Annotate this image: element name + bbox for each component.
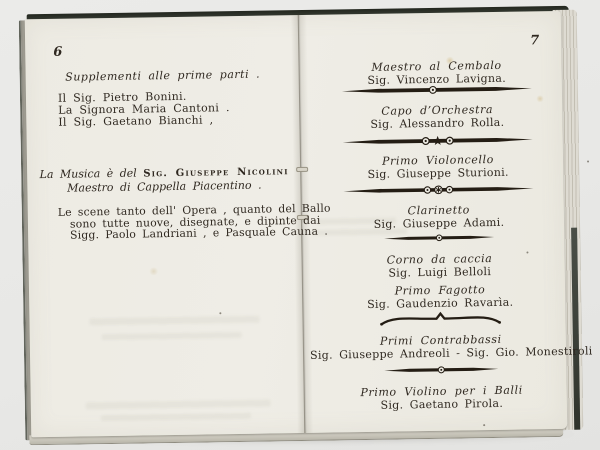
left-page-title: Supplementi alle prime parti . (34, 67, 292, 84)
right-page-number: 7 (530, 33, 539, 48)
scenes-note: Le scene tanto dell' Opera , quanto del … (58, 203, 331, 242)
ink-speck (483, 424, 485, 426)
performer-name: Sig. Giuseppe Andreoli - Sig. Gio. Mones… (310, 345, 572, 362)
tapered-rule-star-ornament (307, 132, 569, 150)
cast-line: Il Sig. Gaetano Bianchi , (58, 114, 230, 129)
performer-name: Sig. Giuseppe Sturioni. (307, 165, 569, 182)
supplement-cast-list: Il Sig. Pietro Bonini. La Signora Maria … (58, 90, 230, 129)
composer-name: Sig. Giuseppe Nicolini (143, 166, 289, 179)
page-spread: 6 Supplementi alle prime parti . Il Sig.… (25, 11, 567, 437)
tapered-rule-triple-circle-ornament (307, 182, 569, 198)
performer-name: Sig. Giuseppe Adami. (308, 215, 570, 232)
performer-name: Sig. Gaetano Pirola. (311, 396, 573, 413)
left-page-number: 6 (53, 45, 62, 60)
scanned-book-photo: 6 Supplementi alle prime parti . Il Sig.… (0, 0, 600, 450)
performer-name: Sig. Luigi Belloli (309, 264, 571, 281)
music-credit: La Musica è del Sig. Giuseppe Nicolini M… (31, 165, 297, 195)
left-page: 6 Supplementi alle prime parti . Il Sig.… (25, 15, 298, 437)
credit-subtitle: Maestro di Cappella Piacentino . (67, 178, 262, 194)
short-rule-circle-dot-ornament (310, 363, 572, 377)
note-line: Sigg. Paolo Landriani , e Pasquale Cauna… (58, 226, 331, 242)
credit-prefix: La Musica è del (40, 166, 144, 181)
down-brace-ornament (309, 308, 571, 329)
performer-name: Sig. Alessandro Rolla. (306, 115, 568, 132)
ink-speck (587, 160, 589, 162)
open-booklet: 6 Supplementi alle prime parti . Il Sig.… (19, 4, 584, 447)
